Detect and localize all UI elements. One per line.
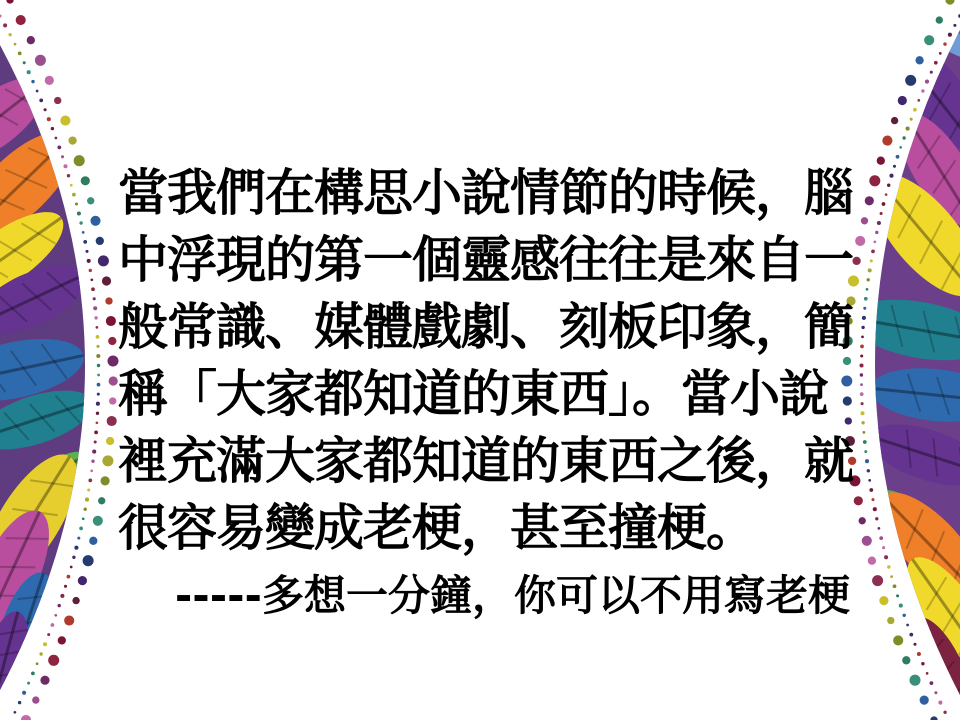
- feather-collage-right: [840, 0, 960, 720]
- body-line: 裡充滿大家都知道的東西之後，就: [118, 428, 850, 495]
- attribution-line: -----多想一分鐘，你可以不用寫老梗: [118, 568, 850, 624]
- body-line: 很容易變成老梗，甚至撞梗。: [118, 495, 850, 562]
- body-text: 當我們在構思小說情節的時候，腦 中浮現的第一個靈感往往是來自一 般常識、媒體戲劇…: [118, 160, 850, 624]
- body-line: 中浮現的第一個靈感往往是來自一: [118, 227, 850, 294]
- feather-collage-left: [0, 0, 120, 720]
- body-line: 稱「大家都知道的東西」。當小說: [118, 361, 850, 428]
- body-line: 般常識、媒體戲劇、刻板印象，簡: [118, 294, 850, 361]
- slide-canvas: 當我們在構思小說情節的時候，腦 中浮現的第一個靈感往往是來自一 般常識、媒體戲劇…: [0, 0, 960, 720]
- body-line: 當我們在構思小說情節的時候，腦: [118, 160, 850, 227]
